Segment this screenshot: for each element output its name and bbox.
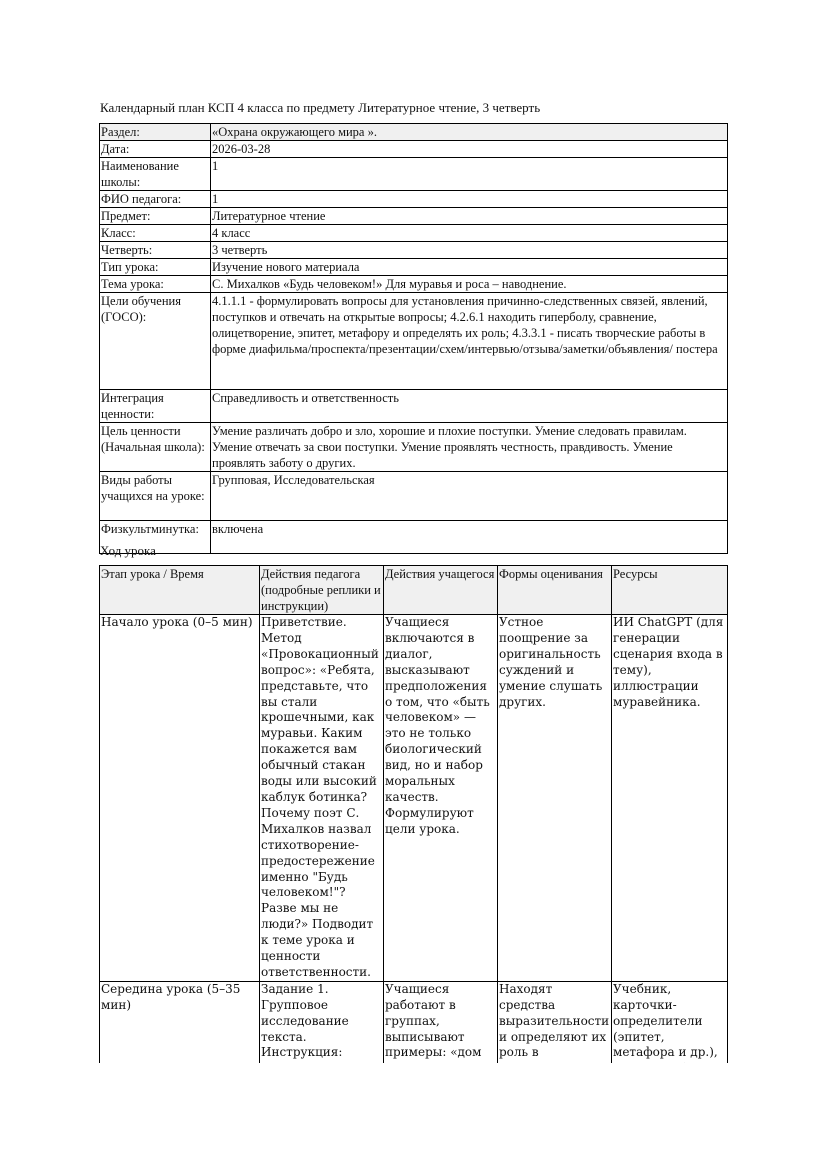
info-label: Класс: — [100, 225, 211, 242]
teacher-actions-cell: Задание 1. Групповое исследование текста… — [260, 981, 384, 1063]
info-label: Наименование школы: — [100, 158, 211, 191]
info-value: 2026-03-28 — [211, 141, 728, 158]
info-label: Раздел: — [100, 124, 211, 141]
header-student-actions: Действия учащегося — [384, 566, 498, 615]
info-value: включена — [211, 521, 728, 554]
info-label: Тип урока: — [100, 259, 211, 276]
info-value: Изучение нового материала — [211, 259, 728, 276]
stage-cell: Середина урока (5–35 мин) — [100, 981, 260, 1063]
info-row: Виды работы учащихся на уроке:Групповая,… — [100, 472, 728, 521]
lesson-flow-table: Этап урока / Время Действия педагога (по… — [99, 565, 728, 1063]
lesson-info-table: Раздел:«Охрана окружающего мира ».Дата:2… — [99, 123, 728, 554]
info-row: ФИО педагога:1 — [100, 191, 728, 208]
info-value: Литературное чтение — [211, 208, 728, 225]
info-row: Наименование школы:1 — [100, 158, 728, 191]
info-row: Раздел:«Охрана окружающего мира ». — [100, 124, 728, 141]
info-label: Цели обучения (ГОСО): — [100, 293, 211, 390]
info-value: Умение различать добро и зло, хорошие и … — [211, 423, 728, 472]
info-label: Виды работы учащихся на уроке: — [100, 472, 211, 521]
info-label: ФИО педагога: — [100, 191, 211, 208]
table-header-row: Этап урока / Время Действия педагога (по… — [100, 566, 728, 615]
info-label: Четверть: — [100, 242, 211, 259]
info-row: Тип урока:Изучение нового материала — [100, 259, 728, 276]
info-row: Интеграция ценности:Справедливость и отв… — [100, 390, 728, 423]
resources-cell: ИИ ChatGPT (для генерации сценария входа… — [612, 615, 728, 982]
header-resources: Ресурсы — [612, 566, 728, 615]
header-stage: Этап урока / Время — [100, 566, 260, 615]
student-actions-cell: Учащиеся включаются в диалог, высказываю… — [384, 615, 498, 982]
info-value: 1 — [211, 158, 728, 191]
info-value: Справедливость и ответственность — [211, 390, 728, 423]
info-label: Цель ценности (Начальная школа): — [100, 423, 211, 472]
info-row: Класс:4 класс — [100, 225, 728, 242]
header-teacher-actions: Действия педагога (подробные реплики и и… — [260, 566, 384, 615]
section-heading: Ход урока — [100, 543, 156, 559]
info-label: Предмет: — [100, 208, 211, 225]
info-value: 4 класс — [211, 225, 728, 242]
info-value: «Охрана окружающего мира ». — [211, 124, 728, 141]
assessment-cell: Находят средства выразительности и опред… — [498, 981, 612, 1063]
info-label: Интеграция ценности: — [100, 390, 211, 423]
info-value: Групповая, Исследовательская — [211, 472, 728, 521]
info-row: Тема урока:С. Михалков «Будь человеком!»… — [100, 276, 728, 293]
stage-cell: Начало урока (0–5 мин) — [100, 615, 260, 982]
info-row: Цели обучения (ГОСО):4.1.1.1 - формулиро… — [100, 293, 728, 390]
info-row: Предмет:Литературное чтение — [100, 208, 728, 225]
info-value: 4.1.1.1 - формулировать вопросы для уста… — [211, 293, 728, 390]
info-row: Дата:2026-03-28 — [100, 141, 728, 158]
student-actions-cell: Учащиеся работают в группах, выписывают … — [384, 981, 498, 1063]
info-label: Дата: — [100, 141, 211, 158]
info-value: 1 — [211, 191, 728, 208]
info-row: Физкультминутка:включена — [100, 521, 728, 554]
info-label: Тема урока: — [100, 276, 211, 293]
page: Календарный план КСП 4 класса по предмет… — [0, 0, 827, 1063]
header-assessment: Формы оценивания — [498, 566, 612, 615]
document-title: Календарный план КСП 4 класса по предмет… — [100, 100, 540, 116]
info-row: Четверть:3 четверть — [100, 242, 728, 259]
table-row: Начало урока (0–5 мин)Приветствие. Метод… — [100, 615, 728, 982]
info-value: С. Михалков «Будь человеком!» Для муравь… — [211, 276, 728, 293]
info-value: 3 четверть — [211, 242, 728, 259]
teacher-actions-cell: Приветствие. Метод «Провокационный вопро… — [260, 615, 384, 982]
assessment-cell: Устное поощрение за оригинальность сужде… — [498, 615, 612, 982]
info-row: Цель ценности (Начальная школа):Умение р… — [100, 423, 728, 472]
resources-cell: Учебник, карточки-определители (эпитет, … — [612, 981, 728, 1063]
table-row: Середина урока (5–35 мин)Задание 1. Груп… — [100, 981, 728, 1063]
